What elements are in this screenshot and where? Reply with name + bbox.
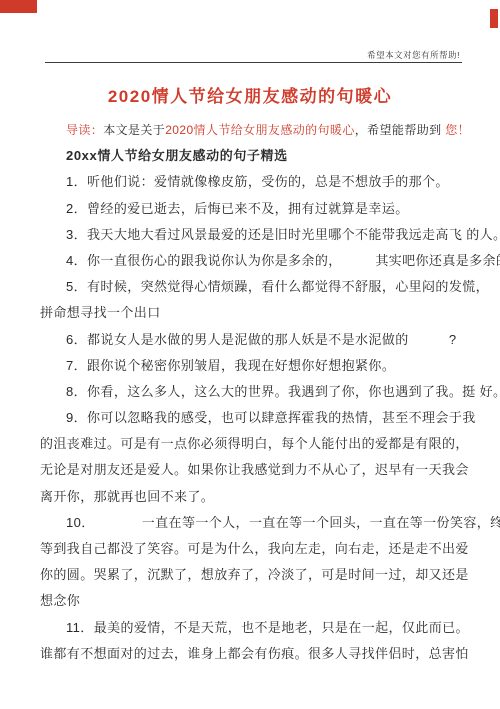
body-text: 8．你看，这么多人，这么大的世界。我遇到了你，你也遇到了我。挺 好。 [66, 384, 500, 399]
text-line: 想念你 [40, 588, 470, 614]
text-line: 离开你，那就再也回不来了。 [40, 484, 470, 510]
body-text: 的沮丧难过。可是有一点你必须得明白，每个人能付出的爱都是有限的， [40, 436, 469, 451]
header-note: 希望本文对您有所帮助! [367, 49, 460, 61]
text-line: 7．跟你说个秘密你别皱眉，我现在好想你好想抱紧你。 [40, 353, 470, 379]
text-line: 你的圆。哭累了，沉默了，想放弃了，冷淡了，可是时间一过，却又还是 [40, 562, 470, 588]
body-text: 3．我天大地大看过风景最爱的还是旧时光里哪个不能带我远走高飞 的人。 [66, 227, 500, 242]
body-text: 谁都有不想面对的过去，谁身上都会有伤痕。很多人寻找伴侣时，总害怕 [40, 646, 469, 661]
body-text: 你的圆。哭累了，沉默了，想放弃了，冷淡了，可是时间一过，却又还是 [40, 567, 469, 582]
body-text: 2．曾经的爱已逝去，后悔已来不及，拥有过就算是幸运。 [66, 201, 409, 216]
highlighted-text: 导读： [66, 123, 103, 137]
text-line: 3．我天大地大看过风景最爱的还是旧时光里哪个不能带我远走高飞 的人。 [40, 222, 470, 248]
red-corner-mark [490, 9, 498, 28]
body-text: 无论是对朋友还是爱人。如果你让我感觉到力不从心了，迟早有一天我会 [40, 462, 469, 477]
text-line: 20xx情人节给女朋友感动的句子精选 [40, 143, 470, 169]
text-line: 无论是对朋友还是爱人。如果你让我感觉到力不从心了，迟早有一天我会 [40, 457, 470, 483]
text-line: 6．都说女人是水做的男人是泥做的那人妖是不是水泥做的 ? [40, 327, 470, 353]
body-text: 等到我自己都没了笑容。可是为什么，我向左走，向右走，还是走不出爱 [40, 541, 469, 556]
text-line: 2．曾经的爱已逝去，后悔已来不及，拥有过就算是幸运。 [40, 196, 470, 222]
text-line: 的沮丧难过。可是有一点你必须得明白，每个人能付出的爱都是有限的， [40, 431, 470, 457]
body-text: ，希望能帮助到 [355, 123, 446, 137]
text-line: 1．听他们说：爱情就像橡皮筋，受伤的，总是不想放手的那个。 [40, 169, 470, 195]
text-line: 10． 一直在等一个人，一直在等一个回头，一直在等一份笑容，终于 [40, 510, 470, 536]
text-line: 4．你一直很伤心的跟我说你认为你是多余的， 其实吧你还真是多余的 [40, 248, 470, 274]
text-line: 9．你可以忽略我的感受，也可以肆意挥霍我的热情，甚至不理会于我 [40, 405, 470, 431]
body-text: 7．跟你说个秘密你别皱眉，我现在好想你好想抱紧你。 [66, 358, 395, 373]
text-line: 拼命想寻找一个出口 [40, 300, 470, 326]
body-text: 想念你 [40, 593, 80, 608]
body-text: 5．有时候，突然觉得心情烦躁，看什么都觉得不舒服，心里闷的发慌， [66, 279, 489, 294]
highlighted-text: 您！ [445, 123, 470, 137]
text-line: 8．你看，这么多人，这么大的世界。我遇到了你，你也遇到了我。挺 好。 [40, 379, 470, 405]
text-line: 等到我自己都没了笑容。可是为什么，我向左走，向右走，还是走不出爱 [40, 536, 470, 562]
page: { "meta": { "accent_color": "#d03a2a", "… [0, 0, 500, 709]
page-title: 2020情人节给女朋友感动的句暖心 [0, 82, 500, 107]
body-text: 10． 一直在等一个人，一直在等一个回头，一直在等一份笑容，终于 [66, 515, 500, 530]
highlighted-text: 2020情人节给女朋友感动的句暖心 [165, 123, 355, 137]
header-divider [45, 62, 462, 63]
body-text: 20xx情人节给女朋友感动的句子精选 [66, 148, 288, 163]
body-text: 1．听他们说：爱情就像橡皮筋，受伤的，总是不想放手的那个。 [66, 174, 449, 189]
body-text: 11．最美的爱情，不是天荒，也不是地老，只是在一起，仅此而已。 [66, 620, 469, 635]
document-content: 导读：本文是关于2020情人节给女朋友感动的句暖心，希望能帮助到 您！20xx情… [40, 117, 470, 667]
body-text: 6．都说女人是水做的男人是泥做的那人妖是不是水泥做的 ? [66, 332, 456, 347]
text-line: 导读：本文是关于2020情人节给女朋友感动的句暖心，希望能帮助到 您！ [40, 117, 470, 143]
red-corner-block [0, 0, 37, 13]
text-line: 谁都有不想面对的过去，谁身上都会有伤痕。很多人寻找伴侣时，总害怕 [40, 641, 470, 667]
body-text: 拼命想寻找一个出口 [40, 305, 161, 320]
body-text: 4．你一直很伤心的跟我说你认为你是多余的， 其实吧你还真是多余的 [66, 253, 500, 268]
text-line: 11．最美的爱情，不是天荒，也不是地老，只是在一起，仅此而已。 [40, 615, 470, 641]
body-text: 离开你，那就再也回不来了。 [40, 489, 214, 504]
text-line: 5．有时候，突然觉得心情烦躁，看什么都觉得不舒服，心里闷的发慌， [40, 274, 470, 300]
body-text: 9．你可以忽略我的感受，也可以肆意挥霍我的热情，甚至不理会于我 [66, 410, 476, 425]
body-text: 本文是关于 [103, 123, 165, 137]
